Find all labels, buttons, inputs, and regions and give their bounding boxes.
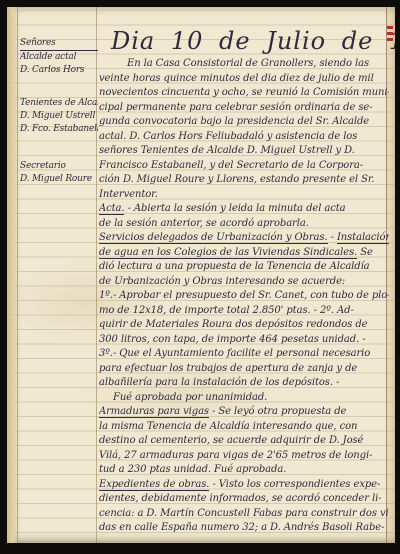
body-line: 300 litros, con tapa, de importe 464 pes…: [99, 333, 389, 348]
text-segment: En la Casa Consistorial de Granollers, s…: [127, 58, 369, 69]
body-line: gunda convocatoria bajo la presidencia d…: [99, 115, 389, 130]
heading-segment: Expedientes de obras.: [99, 479, 209, 491]
text-segment: de la sesión anterior, se acordó aprobar…: [99, 218, 309, 229]
heading-segment: Armaduras para vigas: [99, 406, 209, 418]
text-segment: - Abierta la sesión y leida la minuta de…: [124, 203, 345, 214]
text-segment: señores Tenientes de Alcalde D. Miguel U…: [99, 145, 355, 156]
text-segment: albañilería para la instalación de los d…: [99, 377, 339, 388]
document-scan-frame: { "document": { "title": "Dia 10 de Juli…: [0, 0, 400, 554]
body-line: tud a 230 ptas unidad. Fué aprobada.: [99, 463, 389, 478]
page-title: Dia 10 de Julio de 1958: [111, 27, 383, 55]
body-line: En la Casa Consistorial de Granollers, s…: [99, 57, 389, 72]
body-line: 1º.- Aprobar el presupuesto del Sr. Cane…: [99, 289, 389, 304]
text-segment: Fué aprobada por unanimidad.: [113, 392, 267, 403]
text-segment: - Visto los correspondientes expe-: [209, 479, 380, 490]
body-text: En la Casa Consistorial de Granollers, s…: [99, 57, 389, 536]
margin-note-line: Alcalde actal: [20, 51, 98, 64]
text-segment: actal. D. Carlos Hors Feliubadaló y asis…: [99, 131, 357, 142]
text-segment: 1º.- Aprobar el presupuesto del Sr. Cane…: [99, 290, 389, 301]
text-segment: destino al cementerio, se acuerde adquir…: [99, 435, 363, 446]
body-line: Vilá, 27 armaduras para vigas de 2'65 me…: [99, 449, 389, 464]
body-line: señores Tenientes de Alcalde D. Miguel U…: [99, 144, 389, 159]
text-segment: 300 litros, con tapa, de importe 464 pes…: [99, 334, 366, 345]
body-line: actal. D. Carlos Hors Feliubadaló y asis…: [99, 130, 389, 145]
body-line: 3º.- Que el Ayuntamiento facilite el per…: [99, 347, 389, 362]
body-line: Armaduras para vigas - Se leyó otra prop…: [99, 405, 389, 420]
text-segment: gunda convocatoria bajo la presidencia d…: [99, 116, 369, 127]
body-line: dió lectura a una propuesta de la Tenenc…: [99, 260, 389, 275]
text-segment: mo de 12x18, de importe total 2.850' pta…: [99, 305, 354, 316]
margin-note-line: D. Miguel Ustrell: [20, 110, 98, 123]
body-line: quirir de Materiales Roura dos depósitos…: [99, 318, 389, 333]
margin-note-group-officials: Señores Alcalde actal D. Carlos Hors: [20, 37, 98, 77]
margin-note-line: D. Miguel Roure: [20, 173, 98, 186]
body-line: dientes, debidamente informados, se acor…: [99, 492, 389, 507]
text-segment: Se: [357, 247, 373, 258]
body-line: para efectuar los trabajos de apertura d…: [99, 362, 389, 377]
margin-note-line: D. Carlos Hors: [20, 64, 98, 77]
text-segment: quirir de Materiales Roura dos depósitos…: [99, 319, 367, 330]
body-line: novecientos cincuenta y ocho, se reunió …: [99, 86, 389, 101]
body-line: Acta. - Abierta la sesión y leida la min…: [99, 202, 389, 217]
heading-segment: de agua en los Colegios de las Viviendas…: [99, 247, 357, 259]
text-segment: dió lectura a una propuesta de la Tenenc…: [99, 261, 370, 272]
text-segment: 3º.- Que el Ayuntamiento facilite el per…: [99, 348, 370, 359]
text-segment: Vilá, 27 armaduras para vigas de 2'65 me…: [99, 450, 372, 461]
margin-note-line: D. Fco. Estabanell: [20, 123, 98, 136]
text-segment: de Urbanización y Obras interesando se a…: [99, 276, 345, 287]
binding-edge: [7, 7, 18, 543]
text-segment: ción D. Miguel Roure y Llorens, estando …: [99, 174, 375, 185]
body-line: das en calle España numero 32; a D. Andr…: [99, 521, 389, 536]
body-line: veinte horas quince minutos del dia diez…: [99, 72, 389, 87]
text-segment: dientes, debidamente informados, se acor…: [99, 493, 381, 504]
margin-note-line: Tenientes de Alcalde: [20, 97, 98, 110]
body-line: Interventor.: [99, 188, 389, 203]
text-segment: -: [328, 232, 337, 243]
body-line: Expedientes de obras. - Visto los corres…: [99, 478, 389, 493]
body-line: cencia: a D. Martín Concustell Fabas par…: [99, 507, 389, 522]
body-line: Servicios delegados de Urbanización y Ob…: [99, 231, 389, 246]
body-line: mo de 12x18, de importe total 2.850' pta…: [99, 304, 389, 319]
margin-note-group-secretary: Secretario D. Miguel Roure: [20, 160, 98, 186]
text-segment: Francisco Estabanell, y del Secretario d…: [99, 160, 363, 171]
body-line: Francisco Estabanell, y del Secretario d…: [99, 159, 389, 174]
text-segment: tud a 230 ptas unidad. Fué aprobada.: [99, 464, 286, 475]
text-segment: veinte horas quince minutos del dia diez…: [99, 73, 374, 84]
text-segment: la misma Tenencia de Alcaldía interesand…: [99, 421, 357, 432]
body-line: cipal permanente para celebrar sesión or…: [99, 101, 389, 116]
heading-segment: Instalación: [337, 232, 389, 244]
body-line: de Urbanización y Obras interesando se a…: [99, 275, 389, 290]
margin-note-group-deputy-mayors: Tenientes de Alcalde D. Miguel Ustrell D…: [20, 97, 98, 136]
heading-segment: Acta.: [99, 203, 124, 215]
margin-note-line: Secretario: [20, 160, 98, 173]
body-line: destino al cementerio, se acuerde adquir…: [99, 434, 389, 449]
text-segment: para efectuar los trabajos de apertura d…: [99, 363, 357, 374]
text-segment: cipal permanente para celebrar sesión or…: [99, 102, 373, 113]
text-segment: - Se leyó otra propuesta de: [209, 406, 346, 417]
body-line: de la sesión anterior, se acordó aprobar…: [99, 217, 389, 232]
body-line: de agua en los Colegios de las Viviendas…: [99, 246, 389, 261]
text-segment: cencia: a D. Martín Concustell Fabas par…: [99, 508, 389, 519]
body-line: la misma Tenencia de Alcaldía interesand…: [99, 420, 389, 435]
margin-column-rule: [96, 7, 97, 543]
text-segment: novecientos cincuenta y ocho, se reunió …: [99, 87, 389, 98]
heading-segment: Servicios delegados de Urbanización y Ob…: [99, 232, 328, 244]
notebook-page: Dia 10 de Julio de 1958 Señores Alcalde …: [7, 7, 395, 543]
text-segment: Interventor.: [99, 189, 158, 200]
body-line: albañilería para la instalación de los d…: [99, 376, 389, 391]
body-line: Fué aprobada por unanimidad.: [99, 391, 389, 406]
text-segment: das en calle España numero 32; a D. Andr…: [99, 522, 384, 533]
body-line: ción D. Miguel Roure y Llorens, estando …: [99, 173, 389, 188]
margin-note-line: Señores: [20, 37, 98, 51]
